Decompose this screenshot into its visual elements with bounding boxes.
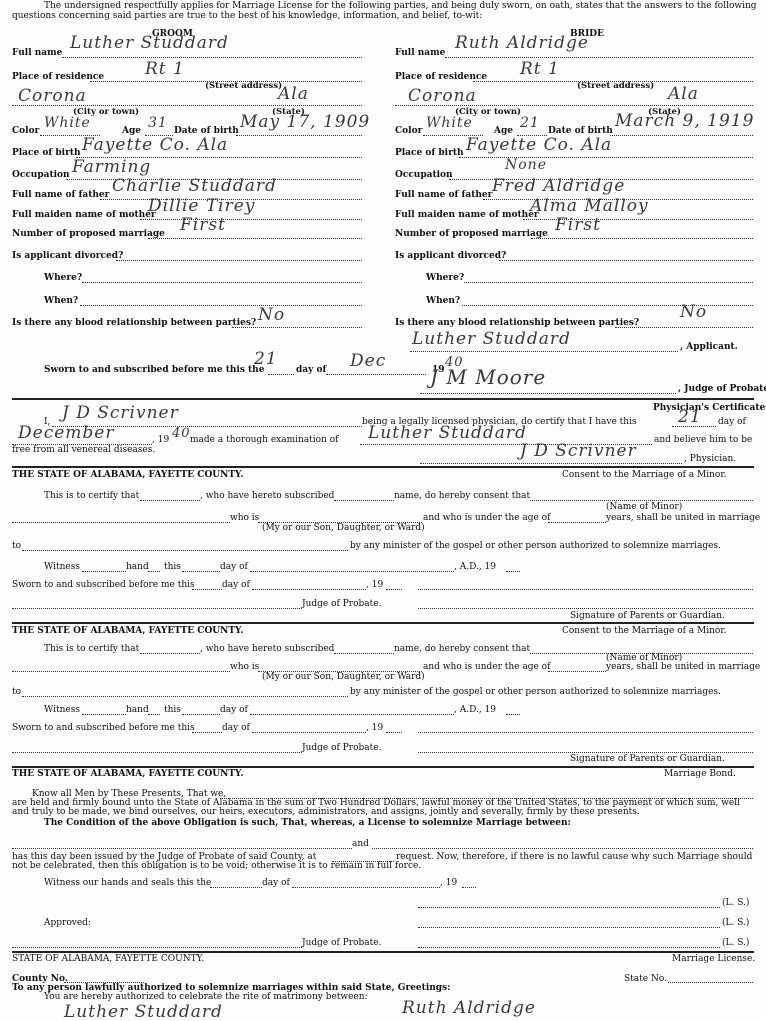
consent-2-subscribed-line	[334, 653, 394, 654]
bond-title: Marriage Bond.	[664, 769, 736, 780]
consent-1-witness: Witness	[44, 562, 80, 573]
divider-license	[12, 951, 754, 953]
consent-1-sworn-day-line	[192, 589, 222, 590]
bond-state: THE STATE OF ALABAMA, FAYETTE COUNTY.	[12, 769, 243, 779]
groom-age-value: 31	[148, 114, 168, 132]
consent-2-state: THE STATE OF ALABAMA, FAYETTE COUNTY.	[12, 626, 243, 636]
consent-1-judge-line	[12, 608, 302, 609]
divider-consent-2	[12, 622, 754, 624]
consent-2-relation: (My or our Son, Daughter, or Ward)	[262, 672, 425, 683]
bond-witness-day-line	[210, 887, 262, 888]
groom-blood-line	[232, 327, 362, 328]
bride-dob-line	[610, 135, 753, 136]
bride-full-name-line	[445, 57, 753, 58]
consent-1-name-minor: (Name of Minor)	[606, 502, 682, 513]
license-state-no-line	[668, 982, 753, 983]
consent-1-line2a: who is	[230, 513, 259, 524]
bond-line-4: The Condition of the above Obligation is…	[44, 818, 571, 829]
consent-2-parent-sig-line-1	[418, 732, 753, 733]
consent-1-minor-line	[530, 500, 753, 501]
consent-1-judge: Judge of Probate.	[302, 599, 381, 610]
divider-consent-1	[12, 466, 754, 468]
consent-1-line2b: and who is under the age of	[423, 513, 550, 524]
consent-2-who-line	[140, 653, 200, 654]
judge-label: , Judge of Probate.	[678, 384, 766, 395]
bond-witness-c: , 19	[440, 878, 457, 889]
applicant-signature-line	[410, 351, 678, 352]
consent-1-line3a: to	[12, 541, 21, 552]
consent-1-parent-sig-line-2	[418, 608, 753, 609]
groom-blood-value: No	[258, 306, 285, 324]
bride-marriage-number-value: First	[555, 216, 601, 234]
consent-2-this-line	[182, 714, 220, 715]
consent-2-sworn-dayof: day of	[222, 723, 250, 734]
consent-1-parent-sig-line-1	[418, 589, 753, 590]
groom-divorced-line	[116, 260, 362, 261]
bride-birthplace-label: Place of birth	[395, 148, 464, 159]
bride-father-label: Full name of father	[395, 190, 492, 201]
consent-1-this-line	[182, 571, 220, 572]
bond-and: and	[352, 839, 369, 850]
bride-full-name-value: Ruth Aldridge	[455, 34, 589, 52]
bond-seal-line-2	[418, 927, 720, 928]
consent-1-line1c: name, do hereby consent that	[394, 491, 530, 502]
sworn-day-line	[268, 374, 294, 375]
physician-examined-value: Luther Studdard	[368, 424, 527, 442]
physician-day-value: 21	[678, 408, 702, 426]
bride-marriage-number-label: Number of proposed marriage	[395, 229, 548, 240]
bride-mother-value: Alma Malloy	[530, 197, 649, 215]
bond-witness-b: day of	[262, 878, 290, 889]
groom-city-line	[12, 105, 362, 106]
groom-marriage-number-value: First	[180, 216, 226, 234]
bride-city-line	[395, 105, 753, 106]
consent-2-line1c: name, do hereby consent that	[394, 644, 530, 655]
consent-2-line2b: and who is under the age of	[423, 662, 550, 673]
consent-1-ad-line	[506, 571, 520, 572]
consent-2-sworn-month-line	[252, 732, 366, 733]
physician-text-2: made a thorough examination of	[190, 435, 339, 446]
marriage-license-application-form: The undersigned respectfully applies for…	[0, 0, 766, 1021]
consent-1-sig-caption: Signature of Parents or Guardian.	[570, 611, 725, 622]
consent-2-line1b: , who have hereto subscribed	[200, 644, 334, 655]
bride-full-name-label: Full name	[395, 48, 445, 59]
bond-between-line-1	[12, 848, 352, 849]
consent-2-this: this	[164, 705, 181, 716]
physician-year-suffix: 40	[172, 425, 191, 443]
consent-1-sworn-month-line	[252, 589, 366, 590]
groom-when-line	[80, 305, 362, 306]
bride-street-caption: (Street address)	[577, 81, 654, 91]
consent-1-dayof: day of	[220, 562, 248, 573]
consent-2-ad: , A.D., 19	[454, 705, 496, 716]
bond-ls-1: (L. S.)	[722, 898, 749, 909]
groom-full-name-line	[62, 57, 362, 58]
license-state-no: State No.	[624, 974, 667, 985]
bride-when-line	[462, 305, 753, 306]
groom-mother-value: Dillie Tirey	[148, 197, 255, 215]
consent-1-relation: (My or our Son, Daughter, or Ward)	[262, 523, 425, 534]
sworn-month-line	[326, 374, 426, 375]
consent-1-age-line	[548, 522, 606, 523]
consent-1-to-line	[22, 550, 348, 551]
bride-color-label: Color	[395, 126, 422, 137]
bond-witness-year-line	[462, 887, 476, 888]
physician-name-value: J D Scrivner	[62, 404, 179, 422]
groom-divorced-label: Is applicant divorced?	[12, 251, 123, 262]
groom-marriage-number-line	[148, 238, 362, 239]
consent-1-state: THE STATE OF ALABAMA, FAYETTE COUNTY.	[12, 470, 243, 480]
groom-occupation-value: Farming	[72, 158, 151, 176]
bride-occupation-value: None	[505, 156, 547, 174]
consent-1-line1a: This is to certify that	[44, 491, 139, 502]
consent-2-judge-line	[12, 752, 302, 753]
groom-birthplace-value: Fayette Co. Ala	[82, 136, 228, 154]
groom-father-value: Charlie Studdard	[112, 177, 277, 195]
bride-where-line	[464, 282, 753, 283]
consent-2-line2-start	[12, 671, 230, 672]
bond-line-3: and truly to be made, we bind ourselves,…	[12, 807, 640, 818]
bride-marriage-number-line	[531, 238, 753, 239]
bond-judge-line	[12, 947, 302, 948]
bond-judge: Judge of Probate.	[302, 938, 381, 949]
groom-mother-line	[140, 219, 362, 220]
consent-2-line2c: years, shall be united in marriage	[606, 662, 760, 673]
bride-occupation-label: Occupation	[395, 170, 453, 181]
bride-father-value: Fred Aldridge	[492, 177, 625, 195]
divider-bond	[12, 766, 754, 768]
groom-state-value: Ala	[278, 85, 309, 103]
groom-street-caption: (Street address)	[205, 81, 282, 91]
divider-physician	[12, 398, 754, 400]
physician-day-of: day of	[718, 417, 746, 428]
consent-2-parent-sig-line-2	[418, 752, 753, 753]
bond-line-6: not be celebrated, then this obligation …	[12, 861, 421, 872]
bond-seal-line-3	[418, 947, 720, 948]
applicant-label: , Applicant.	[680, 342, 738, 353]
bride-age-value: 21	[520, 114, 540, 132]
physician-month-value: December	[18, 424, 114, 442]
consent-1-line2c: years, shall be united in marriage	[606, 513, 760, 524]
consent-1-ad: , A.D., 19	[454, 562, 496, 573]
groom-birthplace-label: Place of birth	[12, 148, 81, 159]
consent-1-subscribed-line	[334, 500, 394, 501]
consent-2-ad-line	[506, 714, 520, 715]
bond-witness-a: Witness our hands and seals this the	[44, 878, 211, 889]
groom-full-name-label: Full name	[12, 48, 62, 59]
consent-1-hand-line	[148, 571, 160, 572]
bride-blood-label: Is there any blood relationship between …	[395, 318, 639, 329]
bride-city-value: Corona	[408, 87, 477, 105]
groom-where-line	[82, 282, 362, 283]
consent-2-to-line	[22, 696, 348, 697]
groom-color-value: White	[44, 114, 91, 132]
consent-1-hand: hand	[126, 562, 149, 573]
consent-2-sig-caption: Signature of Parents or Guardian.	[570, 754, 725, 765]
consent-1-sworn: Sworn to and subscribed before me this	[12, 580, 195, 591]
license-title: Marriage License.	[672, 954, 755, 965]
bride-blood-line	[615, 327, 753, 328]
physician-certificate-title: Physician's Certificate.	[653, 403, 766, 414]
consent-2-sworn-day-line	[192, 732, 222, 733]
bride-dob-value: March 9, 1919	[615, 112, 754, 130]
groom-city-value: Corona	[18, 87, 87, 105]
bride-divorced-line	[499, 260, 753, 261]
consent-1-this: this	[164, 562, 181, 573]
license-state: STATE OF ALABAMA, FAYETTE COUNTY.	[12, 954, 204, 964]
bride-blood-value: No	[680, 303, 707, 321]
consent-2-line2a: who is	[230, 662, 259, 673]
bond-between-line-2	[372, 848, 753, 849]
physician-text-4: free from all venereal diseases.	[12, 445, 155, 456]
groom-occupation-label: Occupation	[12, 170, 70, 181]
consent-1-title: Consent to the Marriage of a Minor.	[562, 470, 727, 481]
applicant-signature: Luther Studdard	[412, 330, 571, 348]
judge-signature-line	[420, 393, 676, 394]
consent-2-judge: Judge of Probate.	[302, 743, 381, 754]
judge-signature: J M Moore	[430, 368, 546, 386]
bond-ls-3: (L. S.)	[722, 938, 749, 949]
consent-2-sworn-19: , 19	[366, 723, 383, 734]
consent-2-dayof-line	[250, 714, 454, 715]
groom-where-label: Where?	[44, 273, 82, 284]
bride-birthplace-value: Fayette Co. Ala	[466, 136, 612, 154]
consent-1-sworn-dayof: day of	[222, 580, 250, 591]
bond-witness-month-line	[292, 887, 440, 888]
groom-color-label: Color	[12, 126, 39, 137]
groom-residence-street-value: Rt 1	[145, 60, 185, 78]
bond-ls-2: (L. S.)	[722, 918, 749, 929]
consent-2-dayof: day of	[220, 705, 248, 716]
consent-1-sworn-19: , 19	[366, 580, 383, 591]
groom-dob-value: May 17, 1909	[240, 113, 370, 131]
license-groom-name: Luther Studdard	[64, 1003, 223, 1021]
consent-2-line1a: This is to certify that	[44, 644, 139, 655]
groom-marriage-number-label: Number of proposed marriage	[12, 229, 165, 240]
physician-signature: J D Scrivner	[520, 442, 637, 460]
intro-line-2: questions concerning said parties are tr…	[12, 11, 482, 22]
bride-state-value: Ala	[668, 85, 699, 103]
bride-mother-label: Full maiden name of mother	[395, 210, 539, 221]
groom-full-name-value: Luther Studdard	[70, 34, 229, 52]
sworn-label: Sworn to and subscribed before me this t…	[44, 365, 264, 376]
bride-birthplace-line	[459, 157, 753, 158]
consent-1-who-line	[140, 500, 200, 501]
consent-2-witness: Witness	[44, 705, 80, 716]
bride-when-label: When?	[426, 296, 460, 307]
consent-2-sworn: Sworn to and subscribed before me this	[12, 723, 195, 734]
physician-signature-line	[420, 463, 682, 464]
bond-line-5b: request. Now, therefore, if there is no …	[396, 852, 752, 863]
consent-1-line3b: by any minister of the gospel or other p…	[350, 541, 721, 552]
consent-1-dayof-line	[250, 571, 454, 572]
consent-2-line3b: by any minister of the gospel or other p…	[350, 687, 721, 698]
bride-where-label: Where?	[426, 273, 464, 284]
bond-approved: Approved:	[44, 918, 91, 929]
bride-color-value: White	[426, 114, 473, 132]
consent-1-witness-line	[82, 571, 126, 572]
groom-mother-label: Full maiden name of mother	[12, 210, 156, 221]
consent-2-hand: hand	[126, 705, 149, 716]
physician-text-3: and believe him to be	[654, 435, 752, 446]
bond-seal-line-1	[418, 907, 720, 908]
consent-2-witness-line	[82, 714, 126, 715]
consent-2-age-line	[548, 671, 606, 672]
groom-father-label: Full name of father	[12, 190, 109, 201]
consent-1-line2-start	[12, 522, 230, 523]
consent-1-sworn-year-line	[386, 589, 402, 590]
consent-2-hand-line	[148, 714, 160, 715]
consent-2-title: Consent to the Marriage of a Minor.	[562, 626, 727, 637]
bride-divorced-label: Is applicant divorced?	[395, 251, 506, 262]
sworn-month-value: Dec	[350, 352, 386, 370]
bride-residence-street-value: Rt 1	[520, 60, 560, 78]
sworn-day-value: 21	[254, 350, 278, 368]
consent-2-sworn-year-line	[386, 732, 402, 733]
consent-1-line1b: , who have hereto subscribed	[200, 491, 334, 502]
groom-blood-label: Is there any blood relationship between …	[12, 318, 256, 329]
consent-2-line3a: to	[12, 687, 21, 698]
sworn-day-of-label: day of	[296, 365, 326, 376]
groom-dob-line	[236, 135, 362, 136]
physician-sig-label: , Physician.	[684, 454, 736, 465]
groom-when-label: When?	[44, 296, 78, 307]
license-bride-name: Ruth Aldridge	[402, 999, 536, 1017]
